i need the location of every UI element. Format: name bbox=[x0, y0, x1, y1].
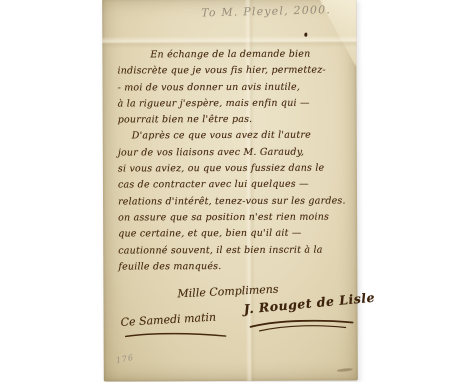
letter-body: En échange de la demande bien indiscrète… bbox=[117, 46, 352, 275]
letter-line: pourrait bien ne l'être pas. bbox=[118, 112, 352, 129]
pencil-annotation: To M. Pleyel, 2000. bbox=[201, 3, 331, 19]
letter-line: feuille des manqués. bbox=[118, 258, 352, 275]
letter-line: à la rigueur j'espère, mais enfin qui — bbox=[118, 95, 352, 112]
dateline-underline-icon bbox=[124, 331, 228, 339]
letter-line: cautionné souvent, il est bien inscrit à… bbox=[118, 242, 352, 259]
dateline: Ce Samedi matin bbox=[120, 311, 216, 329]
inventory-number: 176 bbox=[115, 353, 135, 365]
letter-line: relations d'intérêt, tenez-vous sur les … bbox=[118, 193, 352, 210]
ink-smudge bbox=[337, 368, 353, 373]
letter-line: - moi de vous donner un avis inutile, bbox=[118, 79, 352, 96]
letter-line: si vous aviez, ou que vous fussiez dans … bbox=[118, 161, 352, 178]
ink-speck bbox=[304, 33, 307, 37]
scanned-letter-photo: To M. Pleyel, 2000. En échange de la dem… bbox=[0, 0, 468, 382]
closing-salutation: Mille Complimens bbox=[177, 283, 279, 301]
signature-flourish-icon bbox=[248, 318, 356, 332]
letter-paper: To M. Pleyel, 2000. En échange de la dem… bbox=[102, 0, 358, 382]
letter-line: cas de contracter avec lui quelques — bbox=[118, 177, 352, 194]
letter-line: que certaine, et que, bien qu'il ait — bbox=[118, 226, 352, 243]
letter-line: jour de vos liaisons avec M. Garaudy, bbox=[118, 144, 352, 161]
letter-line: D'après ce que vous avez dit l'autre bbox=[118, 128, 352, 145]
letter-line: En échange de la demande bien bbox=[117, 46, 351, 63]
letter-line: on assure que sa position n'est rien moi… bbox=[118, 209, 352, 226]
letter-line: indiscrète que je vous fis hier, permett… bbox=[117, 63, 351, 80]
